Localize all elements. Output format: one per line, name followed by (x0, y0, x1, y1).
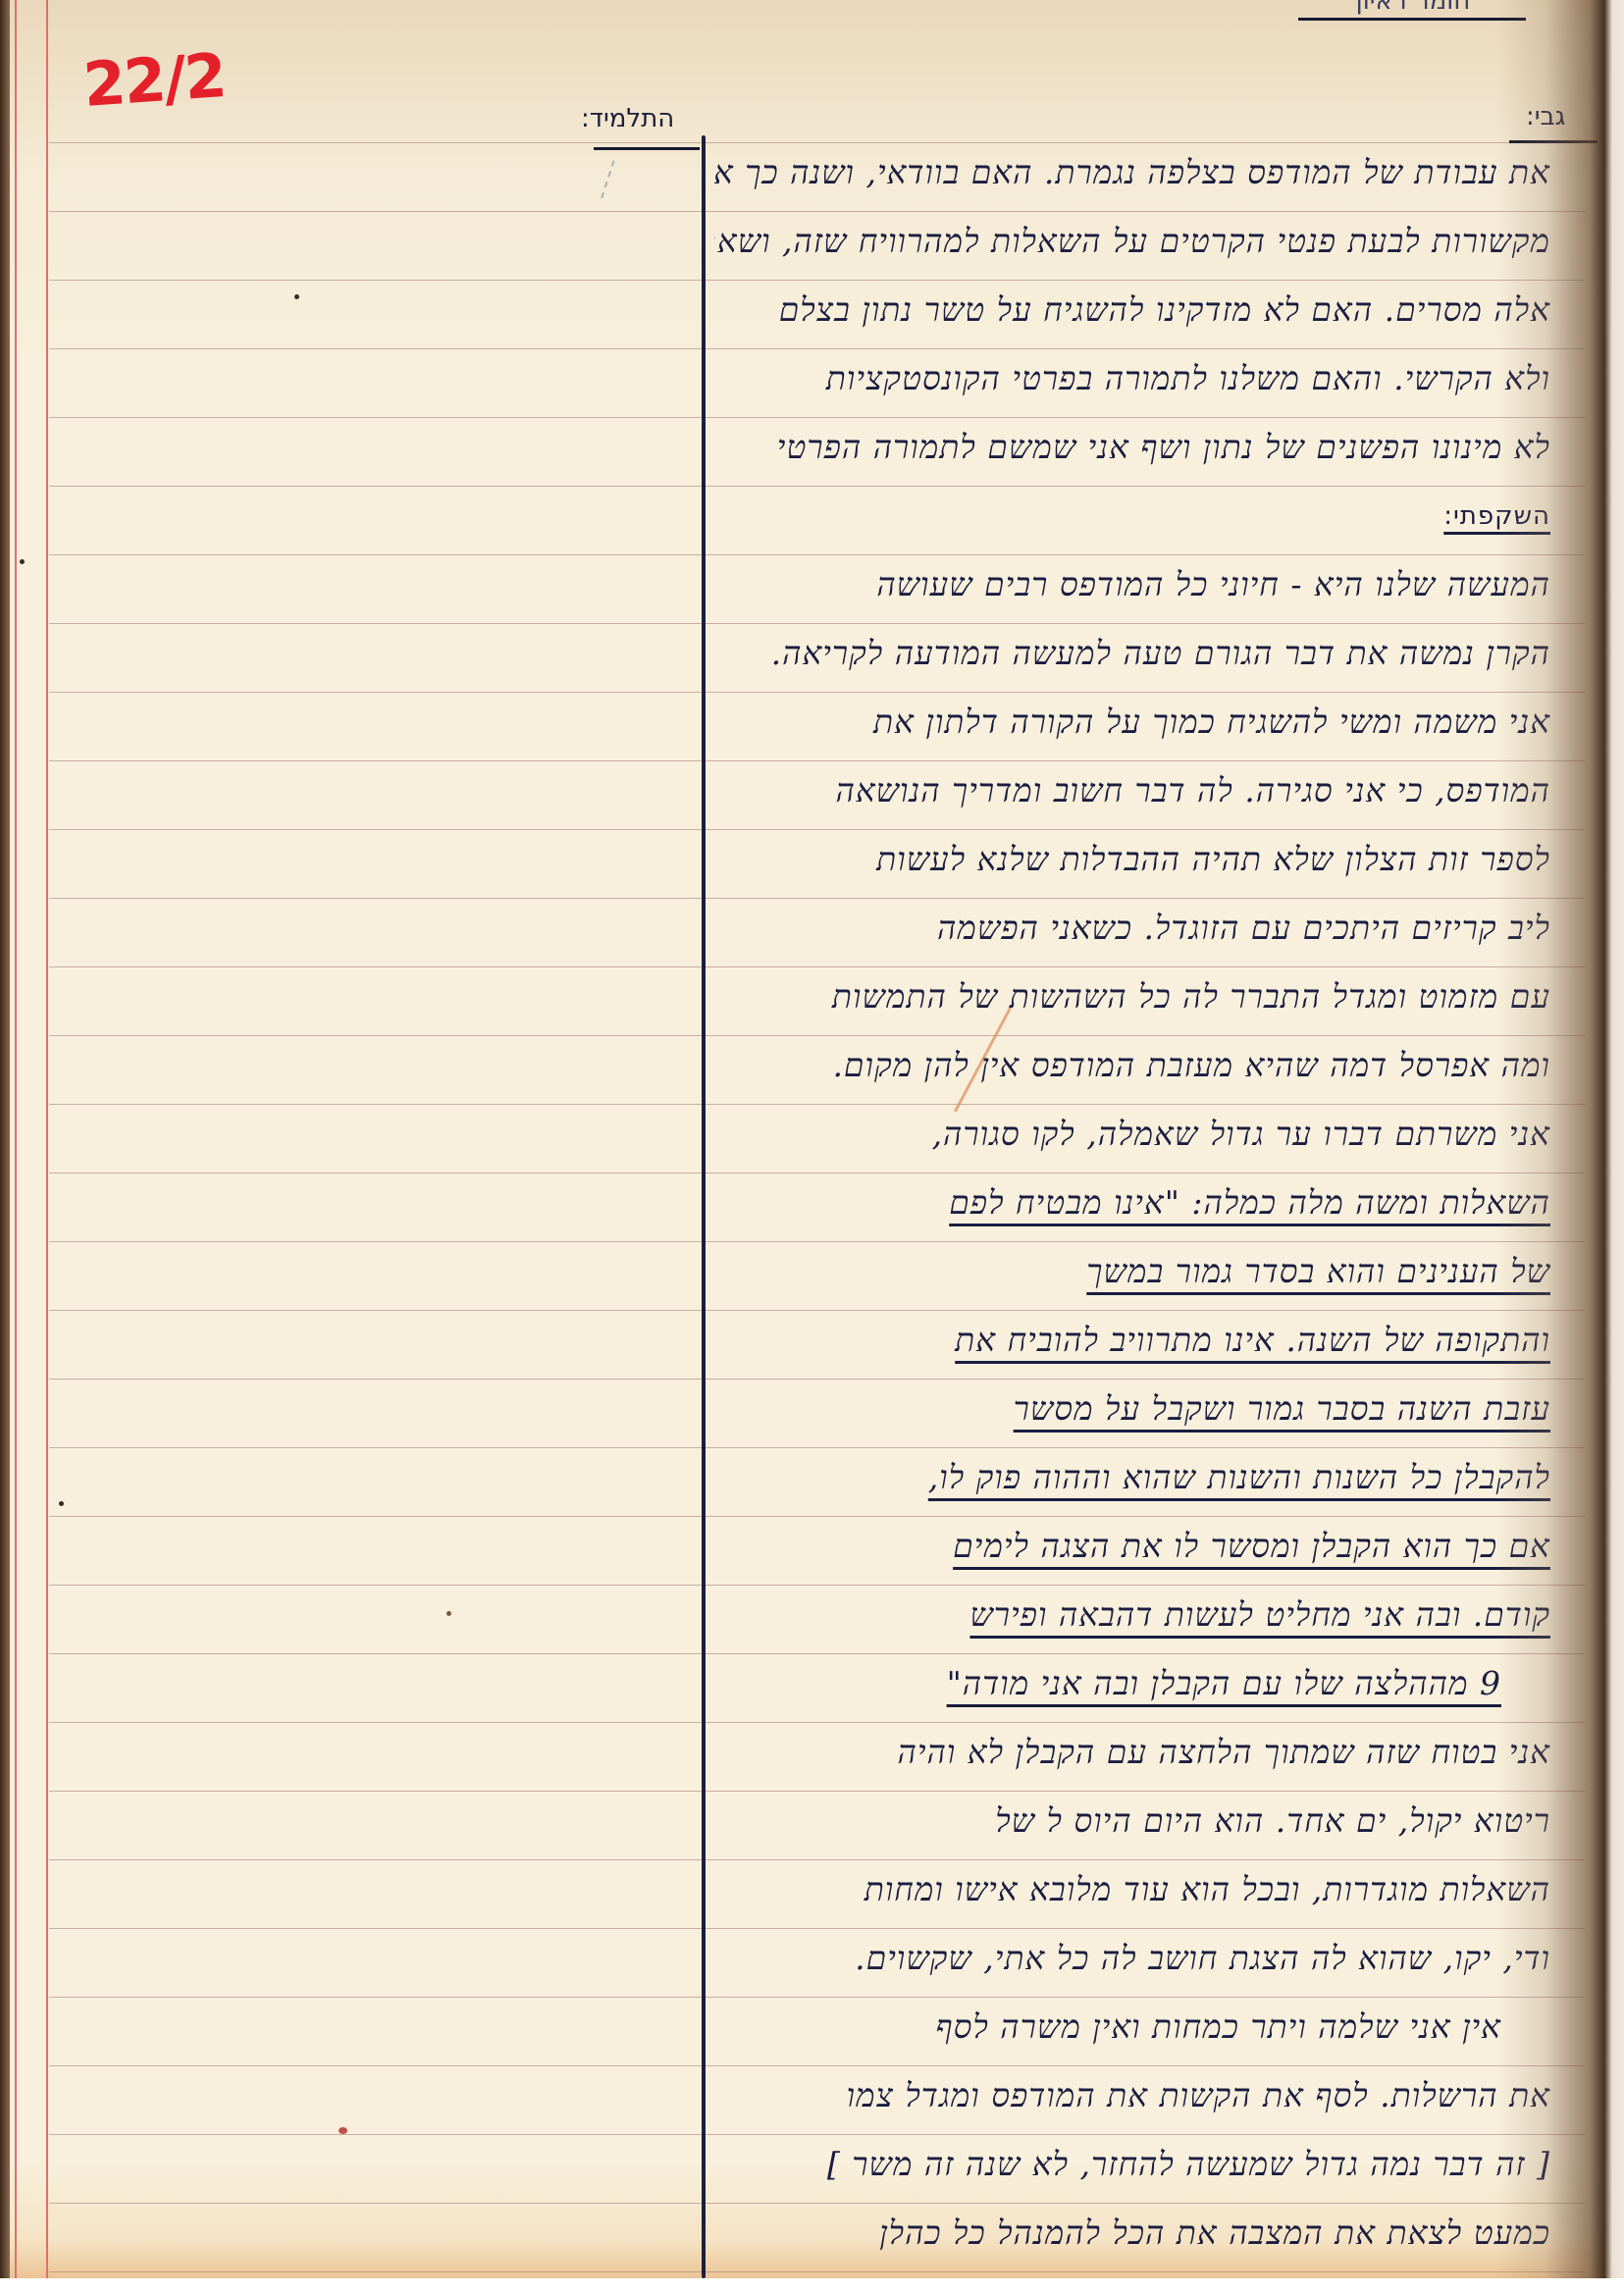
text-line: אני משמה ומשי להשגיח כמוך על הקורה דלתון… (714, 695, 1550, 763)
text-line: ולא הקרשי. והאם משלנו לתמורה בפרטי הקונס… (714, 351, 1550, 420)
column-divider (702, 135, 706, 2278)
text-line: המעשה שלנו היא - חיוני כל המודפס רבים שע… (714, 557, 1550, 626)
quoted-line: להקבלן כל השנות והשנות שהוא וההוה פוק לו… (714, 1450, 1550, 1519)
ink-speck (294, 294, 299, 299)
text-line: ליב קריזים היתכים עם הזוגדל. כשאני הפשמה (714, 901, 1550, 969)
section-header-hashkafati: השקפתי: (714, 489, 1550, 557)
ink-speck (446, 1611, 451, 1616)
quoted-line-start: השאלות ומשה מלה כמלה: "אינו מבטיח לפם (714, 1175, 1550, 1244)
text-line: את עבודת של המודפס בצלפה נגמרת. האם בווד… (714, 145, 1550, 214)
quoted-line: קודם. ובה אני מחליט לעשות דהבאה ופירש (714, 1588, 1550, 1656)
top-header-fragment: חומר ראיון (1295, 0, 1531, 16)
page-number-annotation: 22/2 (81, 39, 228, 121)
right-column-text: את עבודת של המודפס בצלפה נגמרת. האם בווד… (714, 145, 1550, 2274)
text-line: אלה מסרים. האם לא מזדקינו להשגיח על טשר … (714, 283, 1550, 351)
red-stain-speck (339, 2127, 347, 2134)
text-line: מקשורות לבעת פנטי הקרטים על השאלות למהרו… (714, 214, 1550, 283)
text-line: המודפס, כי אני סגירה. לה דבר חשוב ומדריך… (714, 763, 1550, 832)
text-line: ומה אפרסל דמה שהיא מעזבת המודפס אין להן … (714, 1038, 1550, 1107)
ink-speck (20, 559, 25, 564)
top-header-underline (1298, 18, 1526, 21)
text-line: לא מינונו הפשנים של נתון ושף אני שמשם לת… (714, 420, 1550, 489)
text-line: ריטוא יקול, ים אחד. הוא היום היוס ל של (714, 1794, 1550, 1862)
text-line: הקרן נמשה את דבר הגורם טעה למעשה המודעה … (714, 626, 1550, 695)
text-line: השאלות מוגדרות, ובכל הוא עוד מלובא אישו … (714, 1862, 1550, 1931)
text-line-cutoff: כמעט לצאת את המצבה את הכל להמנהל כל כהלן (714, 2206, 1550, 2274)
ink-speck (59, 1501, 64, 1506)
red-margin-line-inner (46, 0, 48, 2278)
text-line: עם מזמוט ומגדל התברר לה כל השהשות של התמ… (714, 969, 1550, 1038)
quoted-line-end: 9 מההלצה שלו עם הקבלן ובה אני מודה" (714, 1656, 1550, 1725)
text-line: את הרשלות. לסף את הקשות את המודפס ומגדל … (714, 2068, 1550, 2137)
bracketed-line: [ זה דבר נמה גדול שמעשה להחזר, לא שנה זה… (714, 2137, 1550, 2206)
page-left-edge (0, 0, 10, 2278)
quoted-line: אם כך הוא הקבלן ומסשר לו את הצגה לימים (714, 1519, 1550, 1588)
text-line: ודי, יקו, שהוא לה הצגת חושב לה כל אתי, ש… (714, 1931, 1550, 2000)
binding-shadow (1496, 0, 1624, 2278)
red-margin-line-outer (15, 0, 17, 2278)
left-column-header: התלמיד: (581, 104, 674, 133)
text-line: אני משרתם דברו ער גדול שאמלה, לקו סגורה, (714, 1107, 1550, 1175)
text-line: אין אני שלמה ויתר כמחות ואין משרה לסף (714, 2000, 1550, 2068)
text-line: לספר זות הצלון שלא תהיה ההבדלות שלנא לעש… (714, 832, 1550, 901)
notebook-page: חומר ראיון 22/2 התלמיד: גבי: את עבודת של… (0, 0, 1624, 2278)
left-column-student (59, 147, 697, 2267)
quoted-line: והתקופה של השנה. אינו מתרוויב להוביח את (714, 1313, 1550, 1381)
quoted-line: עזבת השנה בסבר גמור ושקבל על מסשר (714, 1381, 1550, 1450)
text-line: אני בטוח שזה שמתוך הלחצה עם הקבלן לא והי… (714, 1725, 1550, 1794)
quoted-line: של הענינים והוא בסדר גמור במשך (714, 1244, 1550, 1313)
